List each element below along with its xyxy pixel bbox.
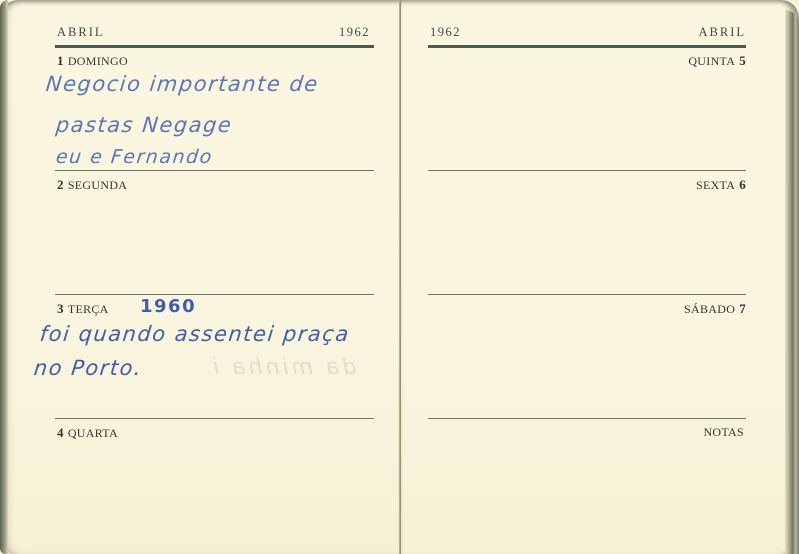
day-name: QUARTA	[68, 426, 118, 440]
day-2-label: 2SEGUNDA	[57, 177, 127, 193]
right-header-year: 1962	[430, 25, 461, 40]
day-number: 3	[57, 301, 64, 316]
day-divider	[428, 170, 746, 171]
day-name: TERÇA	[68, 302, 109, 316]
handwriting-line: pastas Negage	[55, 113, 234, 137]
day-number: 5	[739, 53, 746, 68]
day-7-label: SÁBADO7	[684, 301, 746, 317]
day-5-label: QUINTA5	[688, 53, 746, 69]
day-name: DOMINGO	[68, 54, 128, 68]
day-divider	[428, 418, 746, 419]
day-divider	[55, 170, 374, 171]
handwriting-line: Negocio importante de	[45, 72, 320, 96]
day-name: SEGUNDA	[68, 178, 127, 192]
handwriting-line: foi quando assentei praça	[39, 322, 351, 346]
day-divider	[55, 294, 374, 295]
right-header-rule	[428, 45, 746, 48]
notas-label: NOTAS	[703, 425, 744, 440]
bleed-through-text: da minha i	[210, 355, 356, 380]
day-4-label: 4QUARTA	[57, 425, 118, 441]
day-divider	[428, 294, 746, 295]
day-name: SEXTA	[696, 178, 735, 192]
day-3-label: 3TERÇA	[57, 301, 109, 317]
day-1-label: 1DOMINGO	[57, 53, 128, 69]
left-page: ABRIL 1962 1DOMINGO Negocio importante d…	[0, 0, 400, 554]
left-header-rule	[55, 45, 374, 48]
day-name: QUINTA	[688, 54, 735, 68]
day-number: 1	[57, 53, 64, 68]
handwriting-year-annotation: 1960	[140, 296, 196, 317]
section-name: NOTAS	[703, 425, 744, 439]
right-page: 1962 ABRIL QUINTA5 SEXTA6 SÁBADO7 NOTAS	[401, 0, 799, 554]
left-header-year: 1962	[339, 25, 370, 40]
page-edge-right	[785, 10, 799, 554]
diary-spread: ABRIL 1962 1DOMINGO Negocio importante d…	[0, 0, 799, 554]
day-name: SÁBADO	[684, 302, 735, 316]
day-number: 2	[57, 177, 64, 192]
day-divider	[55, 418, 374, 419]
handwriting-line: no Porto.	[33, 356, 144, 380]
day-number: 4	[57, 425, 64, 440]
right-header-month: ABRIL	[699, 25, 747, 40]
left-header-month: ABRIL	[57, 25, 105, 40]
day-number: 6	[739, 177, 746, 192]
page-edge-left	[0, 0, 8, 554]
day-6-label: SEXTA6	[696, 177, 746, 193]
day-number: 7	[739, 301, 746, 316]
handwriting-line: eu e Fernando	[55, 146, 214, 168]
